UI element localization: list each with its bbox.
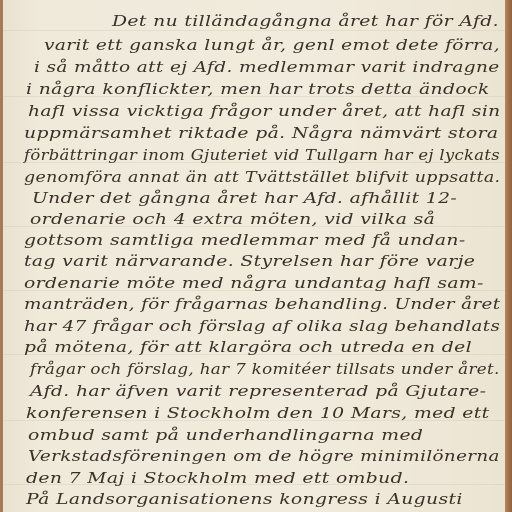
text-line-16: på mötena, för att klargöra och utreda e… — [24, 338, 472, 356]
text-line-15: har 47 frågar och förslag af olika slag … — [24, 317, 500, 335]
text-line-20: ombud samt på underhandlingarna med — [28, 426, 423, 444]
text-line-12: tag varit närvarande. Styrelsen har före… — [24, 252, 475, 270]
text-line-5: hafl vissa vicktiga frågor under året, a… — [28, 102, 501, 120]
text-line-14: manträden, för frågarnas behandling. Und… — [24, 295, 500, 313]
text-line-17: frågar och förslag, har 7 komitéer tills… — [30, 360, 500, 378]
text-line-11: gottsom samtliga medlemmar med få undan- — [24, 231, 466, 249]
text-line-18: Afd. har äfven varit representerad på Gj… — [30, 382, 486, 400]
text-line-2: varit ett ganska lungt år, genl emot det… — [44, 36, 500, 54]
text-line-13: ordenarie möte med några undantag hafl s… — [24, 274, 484, 292]
text-line-19: konferensen i Stockholm den 10 Mars, med… — [26, 404, 490, 422]
text-line-22: den 7 Maj i Stockholm med ett ombud. — [26, 469, 409, 487]
text-line-6: uppmärsamhet riktade på. Några nämvärt s… — [24, 124, 498, 142]
text-line-9: Under det gångna året har Afd. afhållit … — [32, 189, 457, 207]
text-line-1: Det nu tilländagångna året har för Afd. — [112, 12, 499, 30]
text-line-23: På Landsorganisationens kongress i Augus… — [26, 490, 463, 508]
text-line-21: Verkstadsföreningen om de högre minimilö… — [28, 447, 500, 465]
text-line-8: genomföra annat än att Tvättstället blif… — [24, 168, 500, 186]
text-line-4: i några konflickter, men har trots detta… — [26, 80, 490, 98]
frame-edge-left — [0, 0, 3, 512]
text-line-3: i så måtto att ej Afd. medlemmar varit i… — [34, 58, 500, 76]
text-line-10: ordenarie och 4 extra möten, vid vilka s… — [30, 210, 435, 228]
paper-rule — [3, 30, 505, 31]
text-line-7: förbättringar inom Gjuteriet vid Tullgar… — [24, 146, 500, 164]
letter-page: Det nu tilländagångna året har för Afd. … — [0, 0, 512, 512]
frame-edge-right — [505, 0, 512, 512]
